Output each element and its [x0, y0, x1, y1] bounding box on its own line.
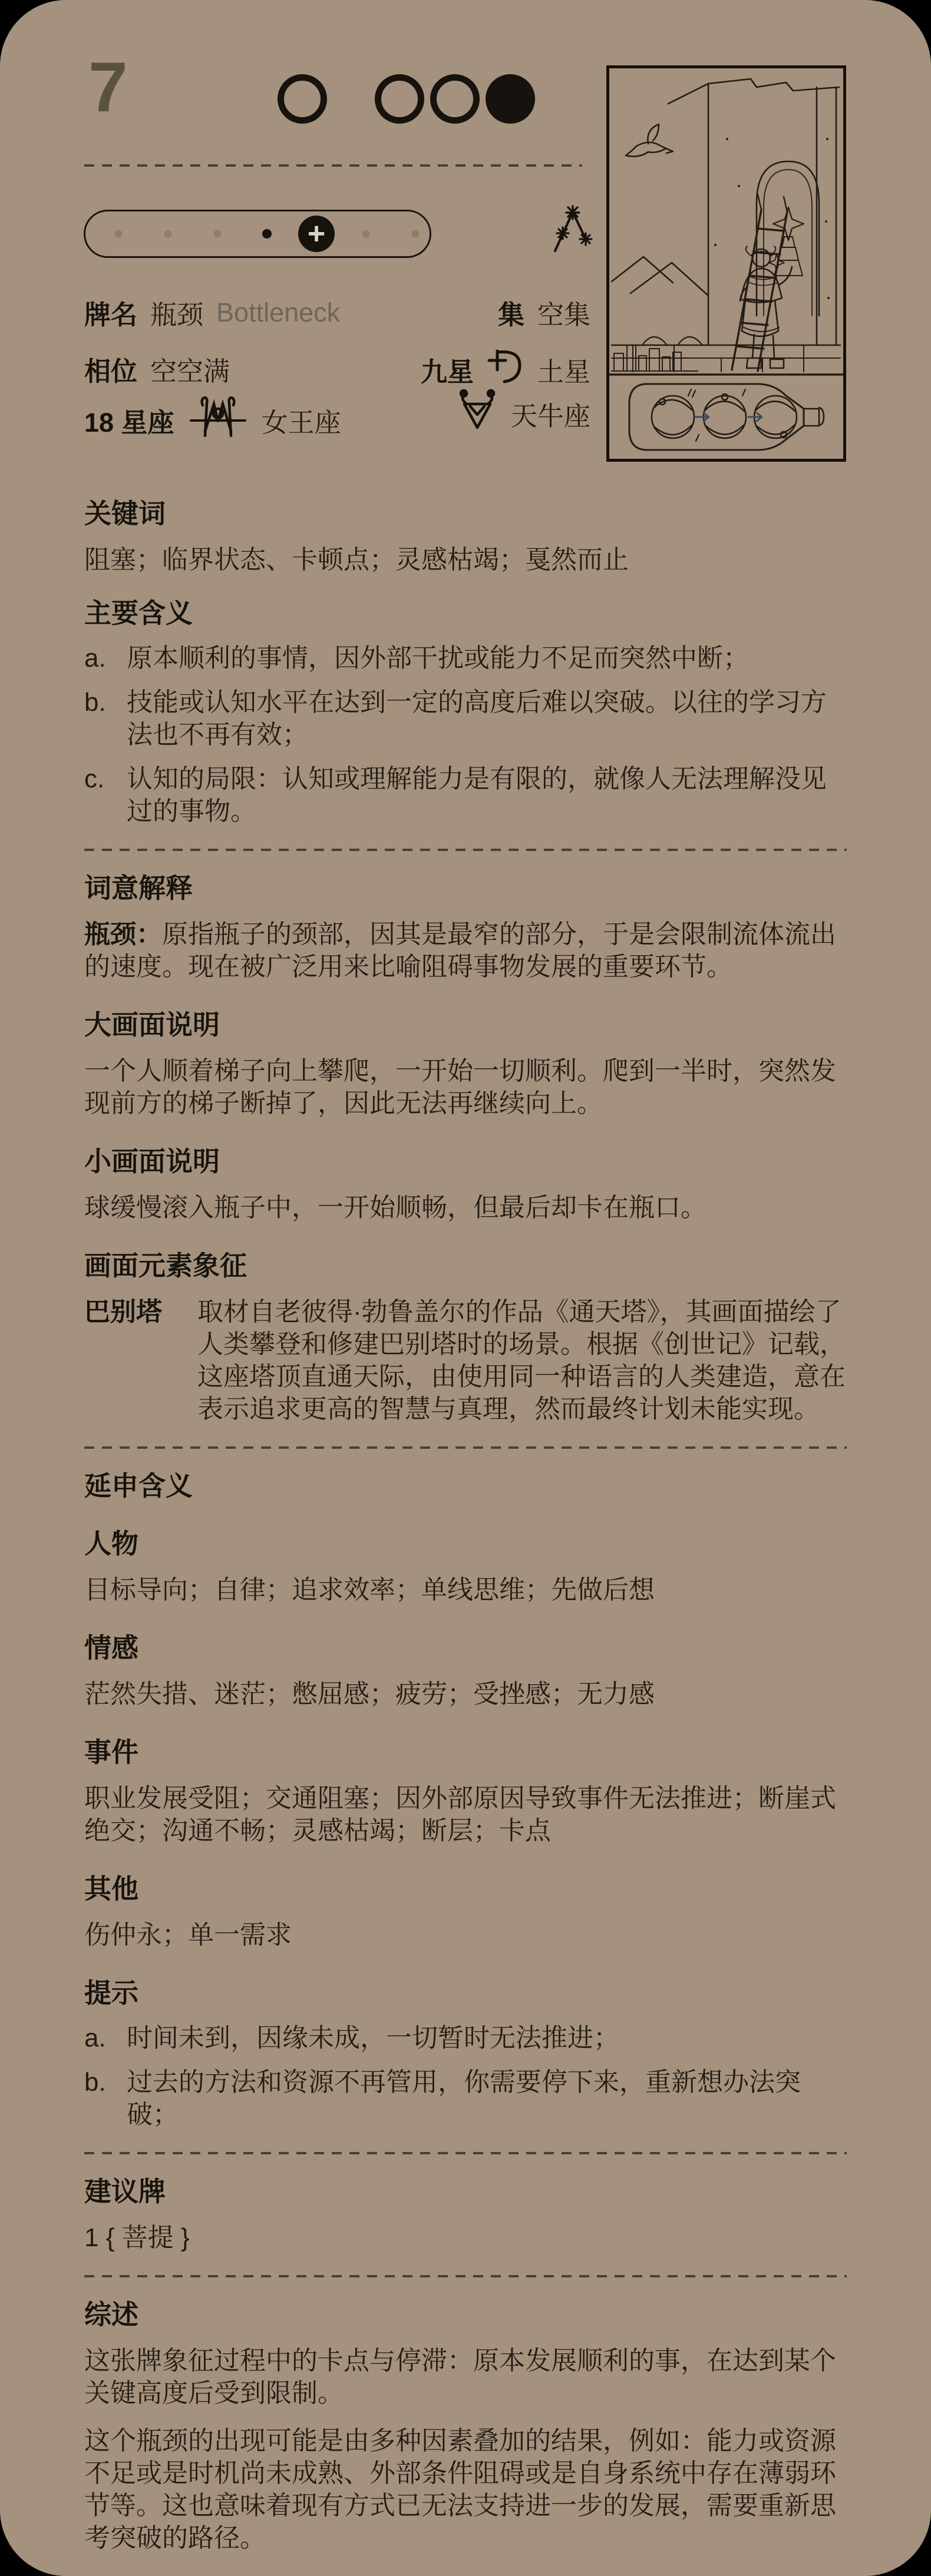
item-text: 认知的局限：认知或理解能力是有限的，就像人无法理解没见过的事物。 — [127, 764, 827, 826]
section-title-extended: 延申含义 — [84, 1470, 847, 1502]
item-text: 时间未到，因缘未成，一切暂时无法推进； — [127, 2024, 619, 2052]
extended-group-body-events: 职业发展受阻；交通阻塞；因外部原因导致事件无法推进；断崖式绝交；沟通不畅；灵感枯… — [84, 1782, 847, 1847]
item-marker: b. — [84, 2066, 106, 2098]
summary-paragraph-2: 这个瓶颈的出现可能是由多种因素叠加的结果，例如：能力或资源不足或是时机尚未成熟、… — [84, 2425, 847, 2554]
section-title-suggested: 建议牌 — [84, 2176, 847, 2207]
extended-group-title-events: 事件 — [84, 1736, 847, 1768]
section-title-big-picture: 大画面说明 — [84, 1009, 847, 1041]
extended-group-body-other: 伤仲永；单一需求 — [84, 1919, 847, 1951]
dashed-divider — [84, 2152, 847, 2154]
item-text: 过去的方法和资源不再管用，你需要停下来，重新想办法突破； — [127, 2068, 801, 2129]
section-title-small-picture: 小画面说明 — [84, 1145, 847, 1177]
symbolism-term: 巴别塔 — [84, 1296, 197, 1425]
tips-item-b: b. 过去的方法和资源不再管用，你需要停下来，重新想办法突破； — [84, 2066, 847, 2131]
item-text: 原本顺利的事情，因外部干扰或能力不足而突然中断； — [127, 644, 749, 673]
item-text: 技能或认知水平在达到一定的高度后难以突破。以往的学习方法也不再有效； — [127, 688, 827, 749]
extended-group-title-people: 人物 — [84, 1528, 847, 1559]
dashed-divider — [84, 1446, 847, 1449]
tips-item-a: a. 时间未到，因缘未成，一切暂时无法推进； — [84, 2022, 847, 2054]
main-meaning-item-b: b. 技能或认知水平在达到一定的高度后难以突破。以往的学习方法也不再有效； — [84, 686, 847, 751]
section-title-symbolism: 画面元素象征 — [84, 1250, 847, 1282]
extended-group-title-emotion: 情感 — [84, 1632, 847, 1664]
section-title-summary: 综述 — [84, 2299, 847, 2330]
summary-paragraph-1: 这张牌象征过程中的卡点与停滞：原本发展顺利的事，在达到某个关键高度后受到限制。 — [84, 2345, 847, 2409]
word-explain-text: 原指瓶子的颈部，因其是最窄的部分，于是会限制流体流出的速度。现在被广泛用来比喻阻… — [84, 920, 836, 981]
small-picture-body: 球缓慢滚入瓶子中，一开始顺畅，但最后却卡在瓶口。 — [84, 1191, 847, 1224]
word-explain-term: 瓶颈： — [84, 920, 162, 949]
section-title-main-meaning: 主要含义 — [84, 597, 847, 629]
main-meaning-item-a: a. 原本顺利的事情，因外部干扰或能力不足而突然中断； — [84, 642, 847, 674]
section-title-tips: 提示 — [84, 1977, 847, 2009]
section-title-keywords: 关键词 — [84, 498, 847, 529]
content: 关键词 阻塞；临界状态、卡顿点；灵感枯竭；戛然而止 主要含义 a. 原本顺利的事… — [84, 0, 847, 2554]
item-marker: a. — [84, 2022, 106, 2054]
item-marker: b. — [84, 686, 106, 719]
extended-group-body-emotion: 茫然失措、迷茫；憋屈感；疲劳；受挫感；无力感 — [84, 1678, 847, 1710]
suggested-body: 1 { 菩提 } — [84, 2221, 847, 2254]
item-marker: c. — [84, 763, 104, 795]
section-title-word-explain: 词意解释 — [84, 872, 847, 904]
dashed-divider — [84, 2275, 847, 2277]
main-meaning-item-c: c. 认知的局限：认知或理解能力是有限的，就像人无法理解没见过的事物。 — [84, 763, 847, 827]
extended-group-title-other: 其他 — [84, 1873, 847, 1905]
keywords-body: 阻塞；临界状态、卡顿点；灵感枯竭；戛然而止 — [84, 544, 847, 576]
symbolism-row: 巴别塔 取材自老彼得·勃鲁盖尔的作品《通天塔》，其画面描绘了人类攀登和修建巴别塔… — [84, 1296, 847, 1425]
item-marker: a. — [84, 642, 106, 674]
word-explain-body: 瓶颈：原指瓶子的颈部，因其是最窄的部分，于是会限制流体流出的速度。现在被广泛用来… — [84, 918, 847, 983]
card-detail-page: 7 + 牌名 瓶颈 — [0, 0, 931, 2576]
symbolism-body: 取材自老彼得·勃鲁盖尔的作品《通天塔》，其画面描绘了人类攀登和修建巴别塔时的场景… — [197, 1296, 847, 1425]
dashed-divider — [84, 849, 847, 851]
extended-group-body-people: 目标导向；自律；追求效率；单线思维；先做后想 — [84, 1574, 847, 1606]
big-picture-body: 一个人顺着梯子向上攀爬，一开始一切顺利。爬到一半时，突然发现前方的梯子断掉了，因… — [84, 1055, 847, 1120]
